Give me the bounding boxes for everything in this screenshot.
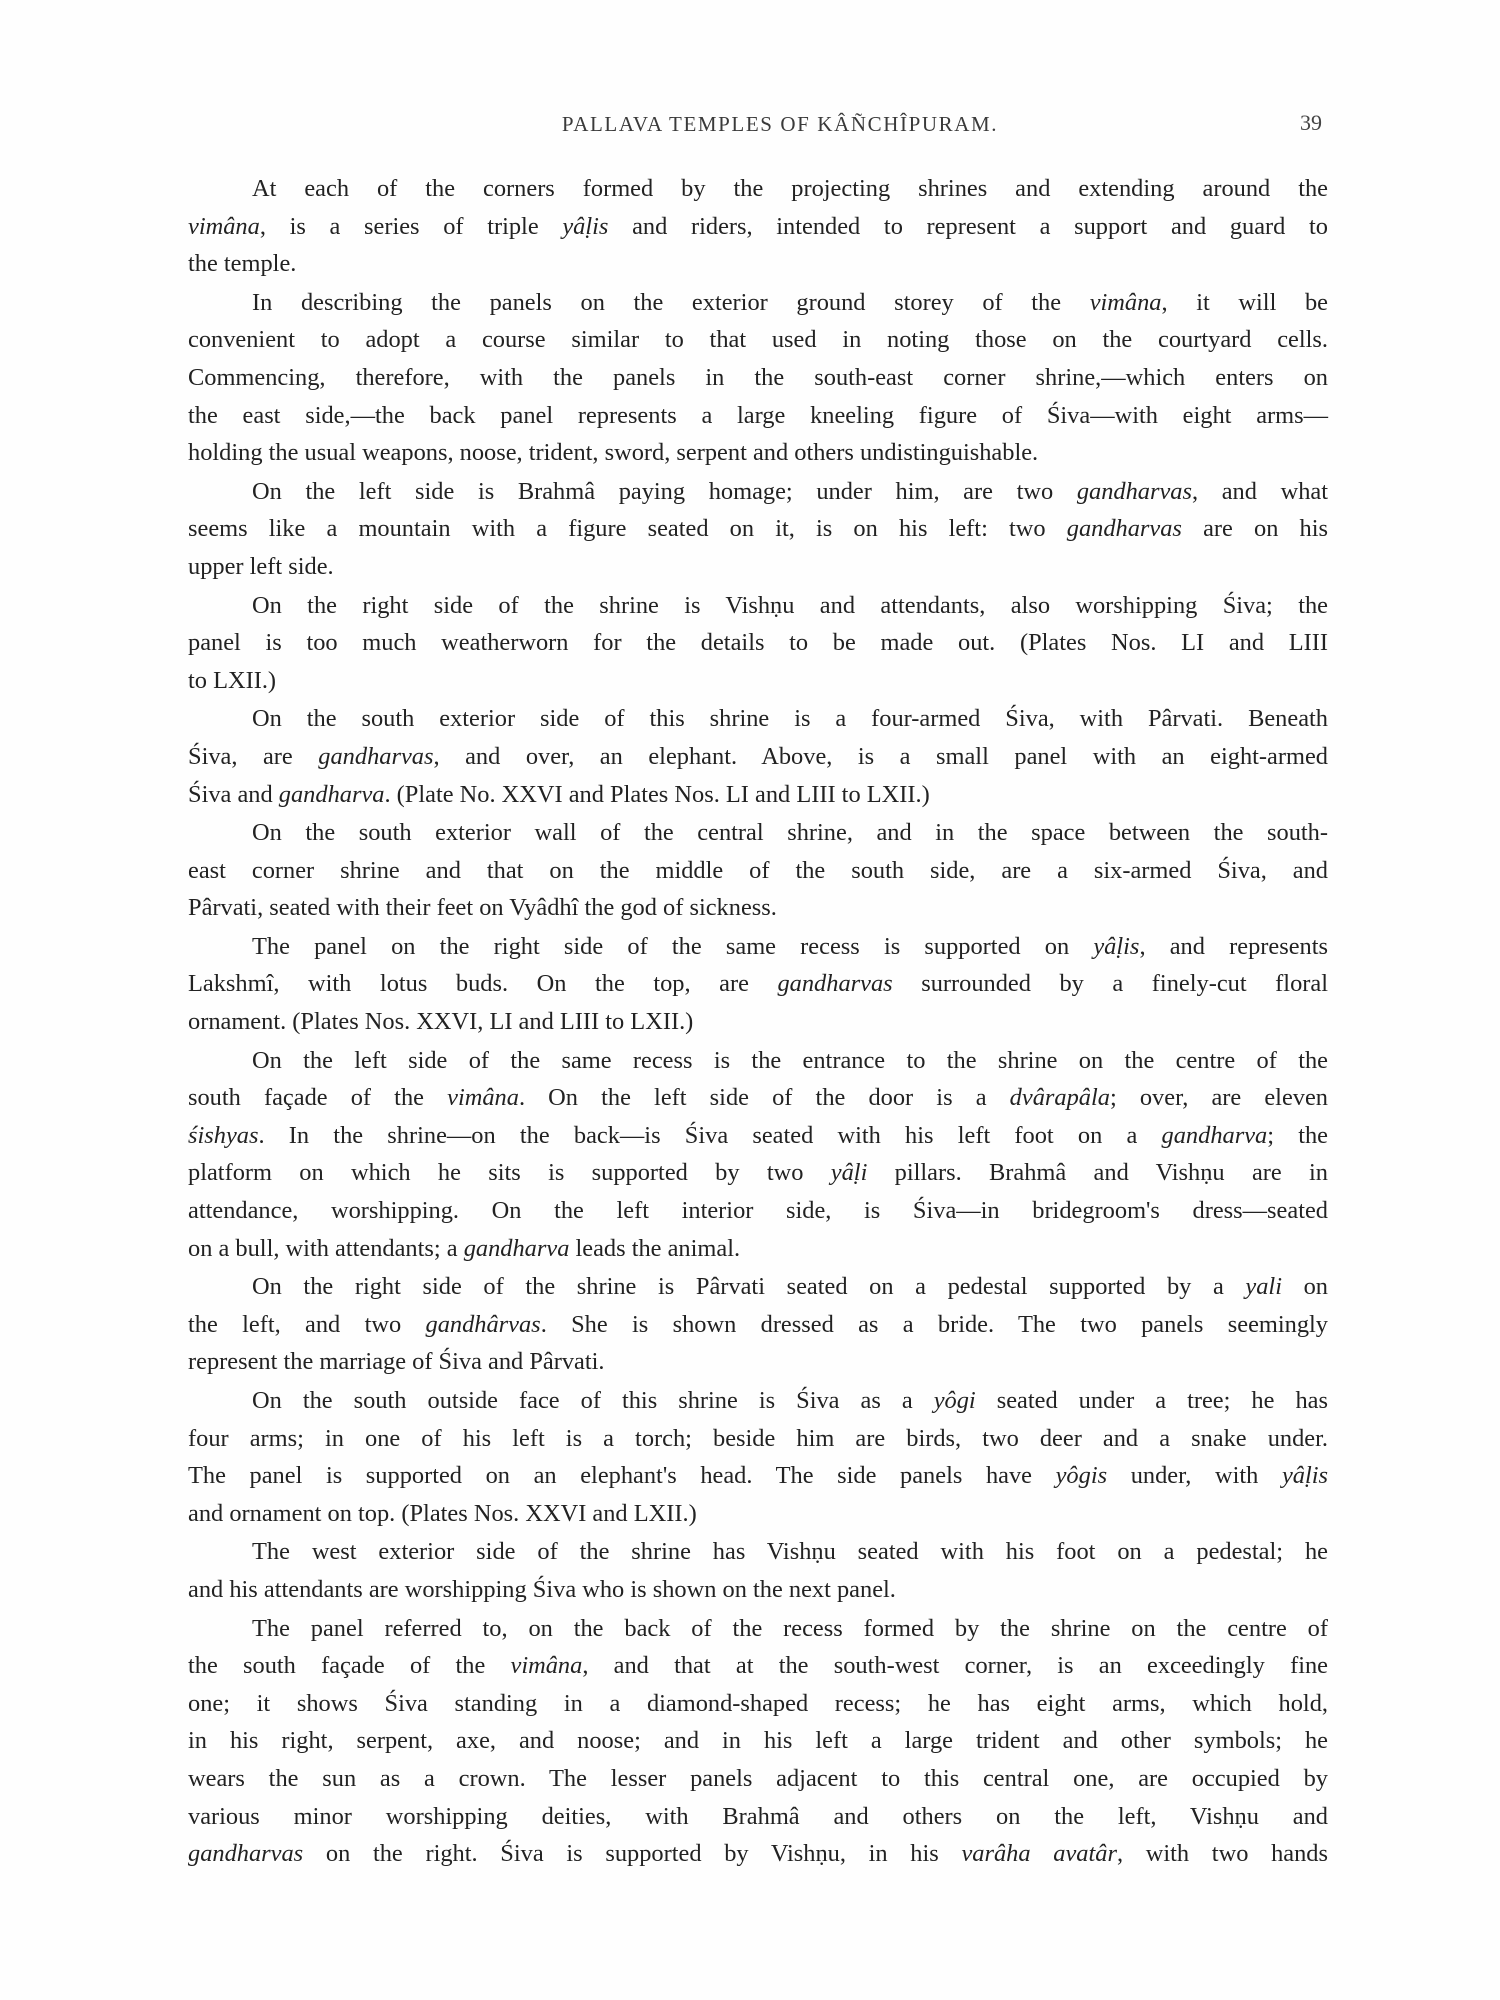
text-line: On the right side of the shrine is Vishṇ… bbox=[188, 587, 1328, 625]
text-line: represent the marriage of Śiva and Pârva… bbox=[188, 1343, 1328, 1381]
paragraph: The west exterior side of the shrine has… bbox=[188, 1533, 1328, 1608]
paragraph: On the right side of the shrine is Pârva… bbox=[188, 1268, 1328, 1381]
text-line: On the right side of the shrine is Pârva… bbox=[188, 1268, 1328, 1306]
text-line: vimâna, is a series of triple yâḷis and … bbox=[188, 208, 1328, 246]
text-line: The panel referred to, on the back of th… bbox=[188, 1610, 1328, 1648]
text-line: On the south outside face of this shrine… bbox=[188, 1382, 1328, 1420]
running-header: PALLAVA TEMPLES OF KÂÑCHÎPURAM. 39 bbox=[0, 112, 1500, 142]
text-line: ornament. (Plates Nos. XXVI, LI and LIII… bbox=[188, 1003, 1328, 1041]
text-line: and his attendants are worshipping Śiva … bbox=[188, 1571, 1328, 1609]
text-line: on a bull, with attendants; a gandharva … bbox=[188, 1230, 1328, 1268]
text-line: the left, and two gandhârvas. She is sho… bbox=[188, 1306, 1328, 1344]
text-line: The west exterior side of the shrine has… bbox=[188, 1533, 1328, 1571]
text-line: At each of the corners formed by the pro… bbox=[188, 170, 1328, 208]
paragraph: On the left side of the same recess is t… bbox=[188, 1042, 1328, 1268]
text-line: Lakshmî, with lotus buds. On the top, ar… bbox=[188, 965, 1328, 1003]
text-line: Śiva and gandharva. (Plate No. XXVI and … bbox=[188, 776, 1328, 814]
text-line: and ornament on top. (Plates Nos. XXVI a… bbox=[188, 1495, 1328, 1533]
text-line: the east side,—the back panel represents… bbox=[188, 397, 1328, 435]
text-line: On the left side is Brahmâ paying homage… bbox=[188, 473, 1328, 511]
paragraph: The panel on the right side of the same … bbox=[188, 928, 1328, 1041]
text-line: śishyas. In the shrine—on the back—is Śi… bbox=[188, 1117, 1328, 1155]
paragraph: On the south exterior wall of the centra… bbox=[188, 814, 1328, 927]
text-line: the temple. bbox=[188, 245, 1328, 283]
text-line: one; it shows Śiva standing in a diamond… bbox=[188, 1685, 1328, 1723]
text-line: The panel is supported on an elephant's … bbox=[188, 1457, 1328, 1495]
text-line: convenient to adopt a course similar to … bbox=[188, 321, 1328, 359]
text-line: attendance, worshipping. On the left int… bbox=[188, 1192, 1328, 1230]
body-text: At each of the corners formed by the pro… bbox=[188, 170, 1328, 1873]
text-line: south façade of the vimâna. On the left … bbox=[188, 1079, 1328, 1117]
text-line: in his right, serpent, axe, and noose; a… bbox=[188, 1722, 1328, 1760]
paragraph: At each of the corners formed by the pro… bbox=[188, 170, 1328, 283]
running-title: PALLAVA TEMPLES OF KÂÑCHÎPURAM. bbox=[470, 112, 1090, 137]
text-line: Commencing, therefore, with the panels i… bbox=[188, 359, 1328, 397]
paragraph: On the right side of the shrine is Vishṇ… bbox=[188, 587, 1328, 700]
text-line: upper left side. bbox=[188, 548, 1328, 586]
text-line: Śiva, are gandharvas, and over, an eleph… bbox=[188, 738, 1328, 776]
text-line: On the south exterior side of this shrin… bbox=[188, 700, 1328, 738]
paragraph: On the left side is Brahmâ paying homage… bbox=[188, 473, 1328, 586]
text-line: wears the sun as a crown. The lesser pan… bbox=[188, 1760, 1328, 1798]
text-line: In describing the panels on the exterior… bbox=[188, 284, 1328, 322]
text-line: various minor worshipping deities, with … bbox=[188, 1798, 1328, 1836]
text-line: The panel on the right side of the same … bbox=[188, 928, 1328, 966]
paragraph: On the south exterior side of this shrin… bbox=[188, 700, 1328, 813]
text-line: holding the usual weapons, noose, triden… bbox=[188, 434, 1328, 472]
text-line: four arms; in one of his left is a torch… bbox=[188, 1420, 1328, 1458]
paragraph: In describing the panels on the exterior… bbox=[188, 284, 1328, 472]
text-line: to LXII.) bbox=[188, 662, 1328, 700]
text-line: On the left side of the same recess is t… bbox=[188, 1042, 1328, 1080]
document-page: PALLAVA TEMPLES OF KÂÑCHÎPURAM. 39 At ea… bbox=[0, 0, 1500, 2000]
paragraph: The panel referred to, on the back of th… bbox=[188, 1610, 1328, 1873]
paragraph: On the south outside face of this shrine… bbox=[188, 1382, 1328, 1532]
text-line: On the south exterior wall of the centra… bbox=[188, 814, 1328, 852]
text-line: platform on which he sits is supported b… bbox=[188, 1154, 1328, 1192]
text-line: Pârvati, seated with their feet on Vyâdh… bbox=[188, 889, 1328, 927]
text-line: panel is too much weatherworn for the de… bbox=[188, 624, 1328, 662]
text-line: seems like a mountain with a figure seat… bbox=[188, 510, 1328, 548]
text-line: east corner shrine and that on the middl… bbox=[188, 852, 1328, 890]
text-line: the south façade of the vimâna, and that… bbox=[188, 1647, 1328, 1685]
page-number: 39 bbox=[1300, 110, 1322, 136]
text-line: gandharvas on the right. Śiva is support… bbox=[188, 1835, 1328, 1873]
